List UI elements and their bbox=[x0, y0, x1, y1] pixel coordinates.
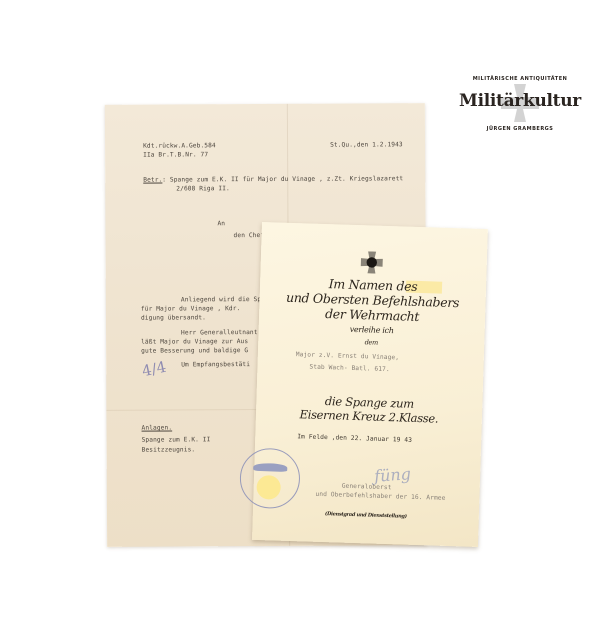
letter-header-left-1: Kdt.rückw.A.Geb.584 bbox=[143, 142, 216, 149]
letter-body-line: Herr Generalleutnant bbox=[181, 329, 258, 336]
letter-to-1: An bbox=[217, 220, 225, 227]
redaction-mark bbox=[256, 475, 281, 500]
cert-footer: (Dienstgrad und Dienststellung) bbox=[253, 509, 479, 522]
letter-enclosure: Besitzzeugnis. bbox=[142, 446, 196, 453]
logo-brand: Militärkultur bbox=[455, 91, 585, 111]
official-stamp bbox=[239, 447, 301, 509]
letter-subject-2: 2/608 Riga II. bbox=[176, 185, 230, 192]
letter-body-line: digung übersandt. bbox=[141, 314, 206, 321]
letter-body-line: gute Besserung und baldige G bbox=[141, 347, 248, 355]
cert-place-date: Im Felde ,den 22. Januar 19 43 bbox=[297, 433, 412, 444]
letter-body-line: Anliegend wird die Sp bbox=[181, 296, 261, 303]
letter-date: St.Qu.,den 1.2.1943 bbox=[330, 141, 403, 148]
letter-body-line: Um Empfangsbestäti bbox=[181, 361, 250, 368]
cert-line-5: dem bbox=[258, 335, 484, 350]
militaerkultur-logo: MILITÄRISCHE ANTIQUITÄTEN Militärkultur … bbox=[455, 74, 585, 136]
cert-signer-1: Generaloberst bbox=[342, 483, 392, 492]
cert-recipient-2: Stab Wach- Batl. 617. bbox=[309, 364, 390, 374]
letter-body-line: für Major du Vinage , Kdr. bbox=[141, 305, 241, 313]
letter-subject-1: : Spange zum E.K. II für Major du Vinage… bbox=[162, 175, 403, 183]
award-certificate: Im Namen des und Obersten Befehlshabers … bbox=[252, 222, 488, 547]
letter-enclosures-label: Anlagen. bbox=[142, 424, 173, 431]
letter-enclosure: Spange zum E.K. II bbox=[142, 436, 211, 443]
letter-body-line: läßt Major du Vinage zur Aus bbox=[141, 338, 248, 346]
cert-signer-2: und Oberbefehlshaber der 16. Armee bbox=[315, 491, 445, 502]
iron-cross-icon bbox=[360, 251, 383, 274]
letter-subject-label: Betr. bbox=[143, 177, 162, 184]
eagle-icon bbox=[253, 463, 287, 472]
letter-header-left-2: IIa Br.T.B.Nr. 77 bbox=[143, 151, 208, 158]
cert-recipient-1: Major z.V. Ernst du Vinage, bbox=[296, 351, 399, 361]
logo-bottom-text: JÜRGEN GRAMBERGS bbox=[455, 126, 585, 132]
